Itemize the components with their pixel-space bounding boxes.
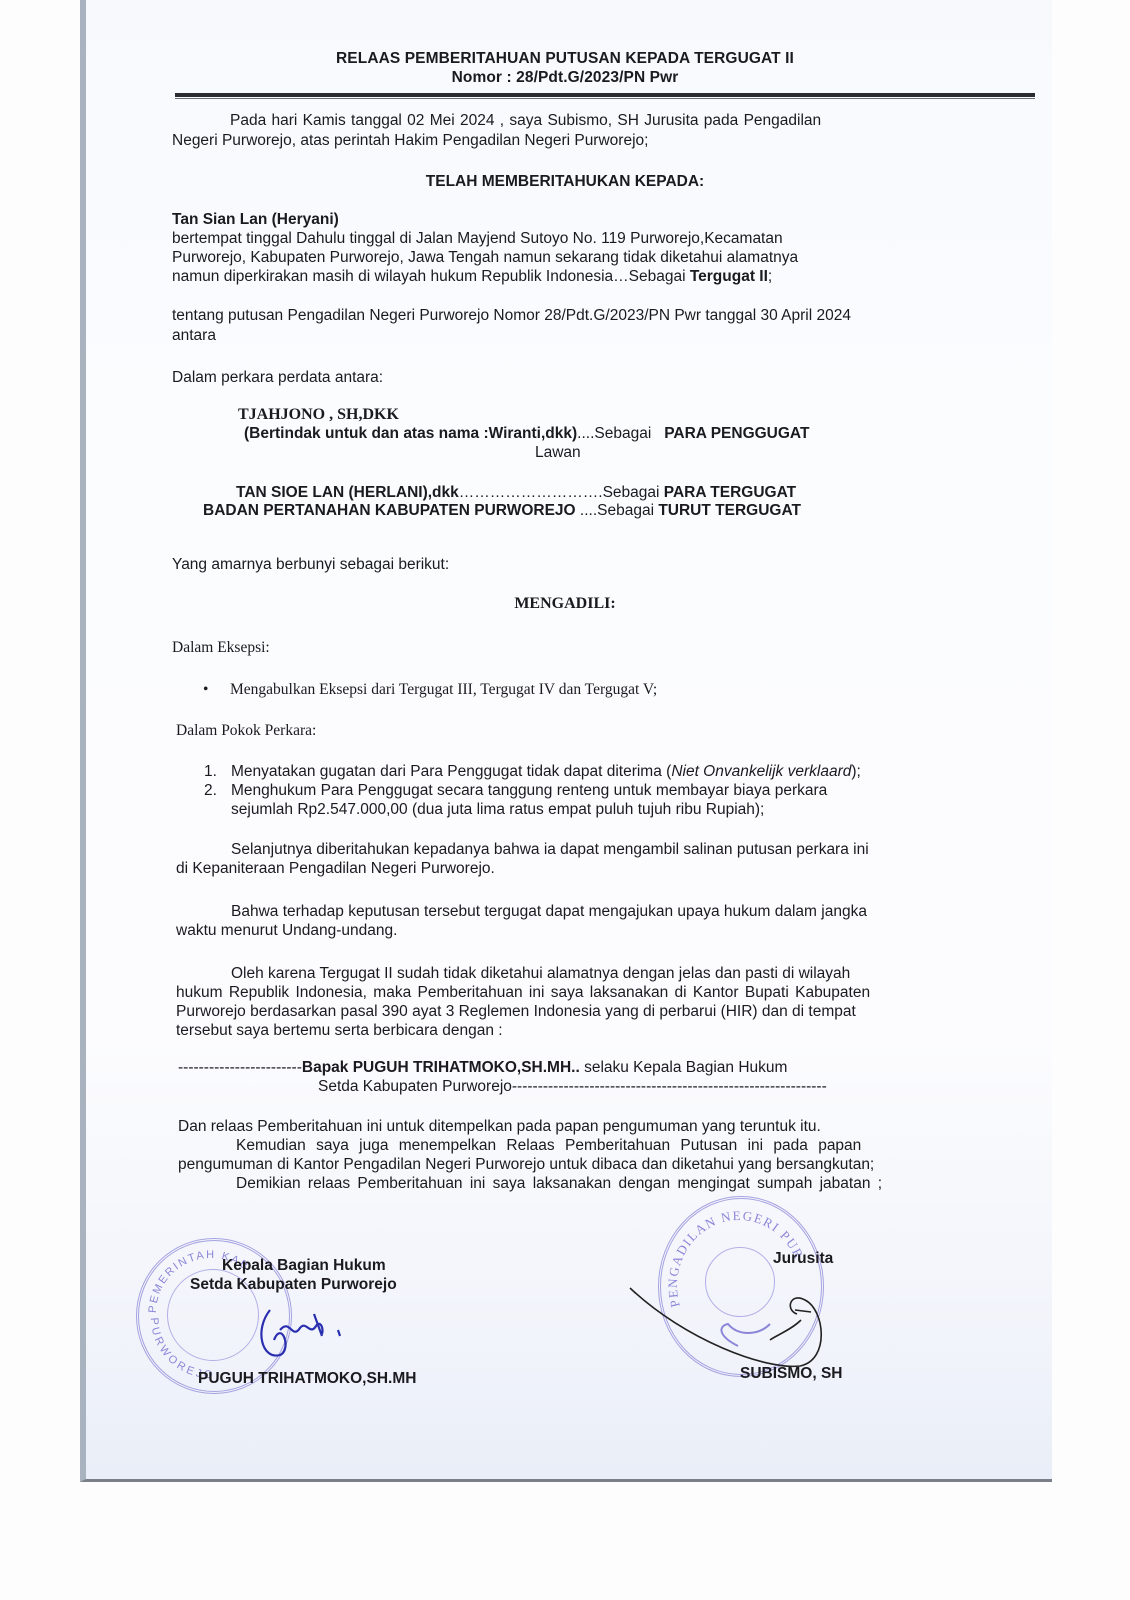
recipient-name: Tan Sian Lan (Heryani) (172, 210, 339, 229)
copy-notice-2: di Kepaniteraan Pengadilan Negeri Purwor… (176, 859, 495, 878)
left-signatory-name: PUGUH TRIHATMOKO,SH.MH (198, 1370, 416, 1388)
ruling-intro: Yang amarnya berbunyi sebagai berikut: (172, 555, 449, 574)
decision-ref-2: antara (172, 326, 216, 345)
defendant-1-name: TAN SIOE LAN (HERLANI),dkk (236, 484, 459, 501)
plaintiff-role: PARA PENGGUGAT (664, 425, 809, 442)
service-4: tersebut saya bertemu serta berbicara de… (176, 1021, 503, 1040)
header-rule (175, 93, 1035, 97)
plaintiff-name: TJAHJONO , SH,DKK (238, 405, 399, 424)
merits-item-2-line-2: sejumlah Rp2.547.000,00 (dua juta lima r… (231, 800, 764, 819)
merits-item-1-num: 1. (204, 762, 217, 781)
exception-item-1: Mengabulkan Eksepsi dari Tergugat III, T… (230, 680, 657, 699)
defendant-1-line: TAN SIOE LAN (HERLANI),dkk……………………….Seba… (236, 483, 796, 502)
plaintiff-sebagai: ....Sebagai (577, 425, 651, 442)
met-with-office: Setda Kabupaten Purworejo (318, 1078, 512, 1095)
right-signatory-title: Jurusita (773, 1250, 833, 1268)
merits-item-1-latin: Niet Onvankelijk verklaard (671, 763, 851, 780)
plaintiff-line: (Bertindak untuk dan atas nama :Wiranti,… (244, 424, 809, 443)
defendant-2-role: TURUT TERGUGAT (658, 502, 801, 519)
met-with-dashes-left: ------------------------ (178, 1059, 302, 1076)
header-rule-thin (175, 98, 1035, 99)
met-with-role: selaku Kepala Bagian Hukum (580, 1059, 788, 1076)
left-signatory-title-2: Setda Kabupaten Purworejo (190, 1276, 397, 1294)
opening-line-2: Negeri Purworejo, atas perintah Hakim Pe… (172, 131, 648, 150)
closing-posting: Dan relaas Pemberitahuan ini untuk ditem… (178, 1117, 821, 1136)
recipient-address-2: Purworejo, Kabupaten Purworejo, Jawa Ten… (172, 248, 798, 267)
met-with-name: Bapak PUGUH TRIHATMOKO,SH.MH.. (302, 1059, 580, 1076)
service-1: Oleh karena Tergugat II sudah tidak dike… (231, 964, 850, 983)
met-with-dashes-right: ----------------------------------------… (512, 1078, 827, 1095)
exception-bullet: • (203, 680, 208, 699)
appeal-notice-1: Bahwa terhadap keputusan tersebut tergug… (231, 902, 867, 921)
defendant-1-role: PARA TERGUGAT (664, 484, 796, 501)
met-with-line-1: ------------------------Bapak PUGUH TRIH… (178, 1058, 787, 1077)
left-signatory-title-1: Kepala Bagian Hukum (222, 1257, 386, 1275)
met-with-line-2: Setda Kabupaten Purworejo---------------… (318, 1077, 827, 1096)
left-signature-icon (252, 1300, 362, 1370)
decision-ref-1: tentang putusan Pengadilan Negeri Purwor… (172, 306, 851, 325)
right-signature-icon (625, 1270, 855, 1380)
exception-heading: Dalam Eksepsi: (172, 638, 270, 657)
defendant-1-dots: ………………………. (459, 484, 603, 501)
service-2: hukum Republik Indonesia, maka Pemberita… (176, 983, 870, 1002)
notified-heading: TELAH MEMBERITAHUKAN KEPADA: (0, 172, 1130, 191)
service-3: Purworejo berdasarkan pasal 390 ayat 3 R… (176, 1002, 856, 1021)
defendant-2-sebagai: ....Sebagai (576, 502, 659, 519)
copy-notice-1: Selanjutnya diberitahukan kepadanya bahw… (231, 840, 869, 859)
merits-item-2-line-1: Menghukum Para Penggugat secara tanggung… (231, 781, 827, 800)
case-intro: Dalam perkara perdata antara: (172, 368, 383, 387)
recipient-address-3-end: ; (768, 268, 772, 285)
versus-label: Lawan (535, 443, 581, 462)
merits-item-1-end: ); (851, 763, 860, 780)
merits-item-2-num: 2. (204, 781, 217, 800)
document-number: Nomor : 28/Pdt.G/2023/PN Pwr (0, 69, 1130, 87)
document-title: RELAAS PEMBERITAHUAN PUTUSAN KEPADA TERG… (0, 50, 1130, 68)
recipient-address-3: namun diperkirakan masih di wilayah huku… (172, 267, 772, 286)
closing-oath: Demikian relaas Pemberitahuan ini saya l… (236, 1174, 882, 1193)
opening-line-1: Pada hari Kamis tanggal 02 Mei 2024 , sa… (230, 111, 821, 130)
merits-item-1: Menyatakan gugatan dari Para Penggugat t… (231, 762, 861, 781)
defendant-2-line: BADAN PERTANAHAN KABUPATEN PURWOREJO ...… (203, 501, 801, 520)
recipient-role: Tergugat II (690, 268, 768, 285)
merits-heading: Dalam Pokok Perkara: (176, 721, 316, 740)
closing-also-2: pengumuman di Kantor Pengadilan Negeri P… (178, 1155, 874, 1174)
appeal-notice-2: waktu menurut Undang-undang. (176, 921, 397, 940)
closing-also-1: Kemudian saya juga menempelkan Relaas Pe… (236, 1136, 861, 1155)
defendant-2-name: BADAN PERTANAHAN KABUPATEN PURWOREJO (203, 502, 576, 519)
recipient-address-3-text: namun diperkirakan masih di wilayah huku… (172, 268, 690, 285)
recipient-address-1: bertempat tinggal Dahulu tinggal di Jala… (172, 229, 783, 248)
defendant-1-sebagai: Sebagai (603, 484, 664, 501)
right-signatory-name: SUBISMO, SH (740, 1365, 842, 1383)
plaintiff-detail: (Bertindak untuk dan atas nama :Wiranti,… (244, 425, 577, 442)
merits-item-1-text: Menyatakan gugatan dari Para Penggugat t… (231, 763, 671, 780)
ruling-heading: MENGADILI: (0, 594, 1130, 613)
